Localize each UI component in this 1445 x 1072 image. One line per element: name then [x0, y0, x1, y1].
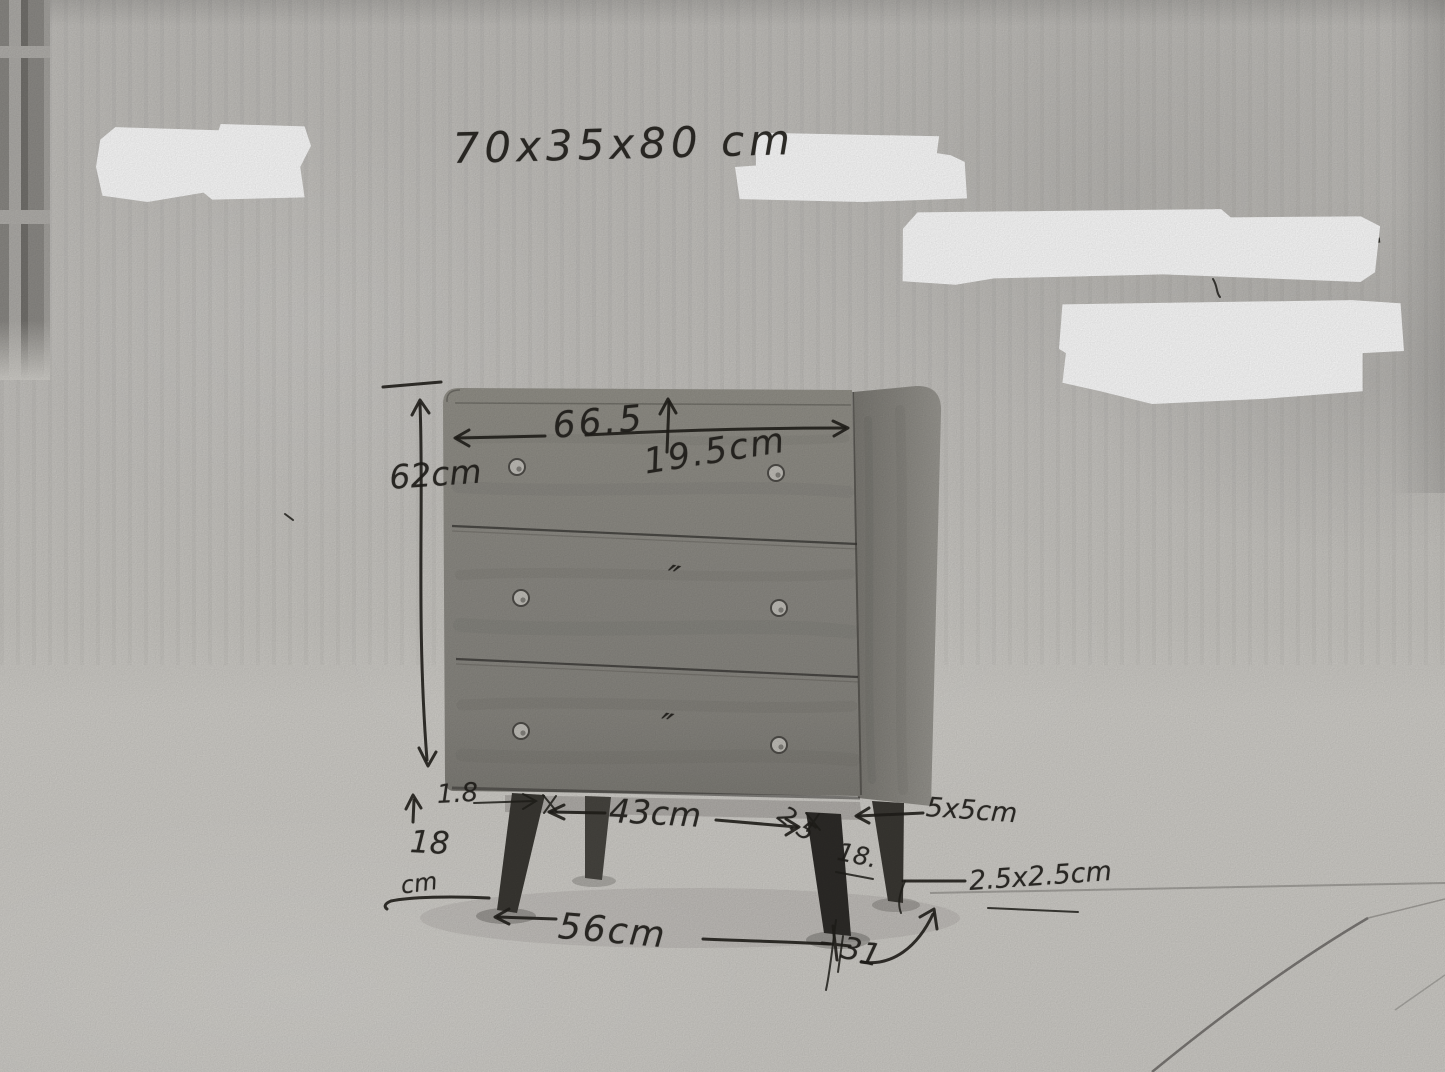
floor-lines — [930, 883, 1445, 1072]
window-frame — [0, 0, 50, 380]
scan-edge-shade — [1390, 0, 1445, 493]
redaction-box — [898, 206, 1380, 291]
scanned-spec-sheet: 70x35x80 cm 66.5 19.5cm 62cm 18 cm 1.8 4… — [0, 0, 1445, 1072]
drawer-height-dimension: 19.5cm — [641, 421, 789, 483]
top-width-dimension: 66.5 — [551, 398, 646, 447]
ditto-mark-drawer-2: ″ — [663, 558, 682, 600]
leg-gap-dimension: 2.5 — [772, 800, 821, 847]
drawer-knobs — [509, 459, 787, 753]
right-leg-height: 18. — [835, 837, 880, 874]
ditto-mark-drawer-3: ″ — [657, 706, 675, 747]
window-mullion — [0, 46, 50, 58]
leg-height-number: 18 — [409, 824, 450, 862]
carcass-height-dimension: 62cm — [388, 452, 483, 497]
leg-bottom-section: 2.5x2.5cm — [968, 856, 1113, 897]
front-left-leg — [497, 793, 545, 913]
leg-height-unit: cm — [399, 867, 439, 900]
scan-top-shade — [0, 0, 1445, 26]
redaction-box — [96, 124, 311, 202]
window-fade — [0, 320, 50, 380]
front-legs-bottom-span: 56cm — [556, 906, 668, 956]
side-span-dimension: 31 — [837, 930, 884, 974]
side-panel — [853, 386, 941, 806]
front-legs-top-span: 43cm — [608, 791, 702, 835]
leg-offset-dimension: 1.8 — [436, 778, 479, 810]
window-mullion — [0, 210, 50, 224]
overall-size-note: 70x35x80 cm — [452, 115, 796, 173]
leg-top-section: 5x5cm — [925, 792, 1018, 829]
redaction-box — [1059, 298, 1404, 404]
